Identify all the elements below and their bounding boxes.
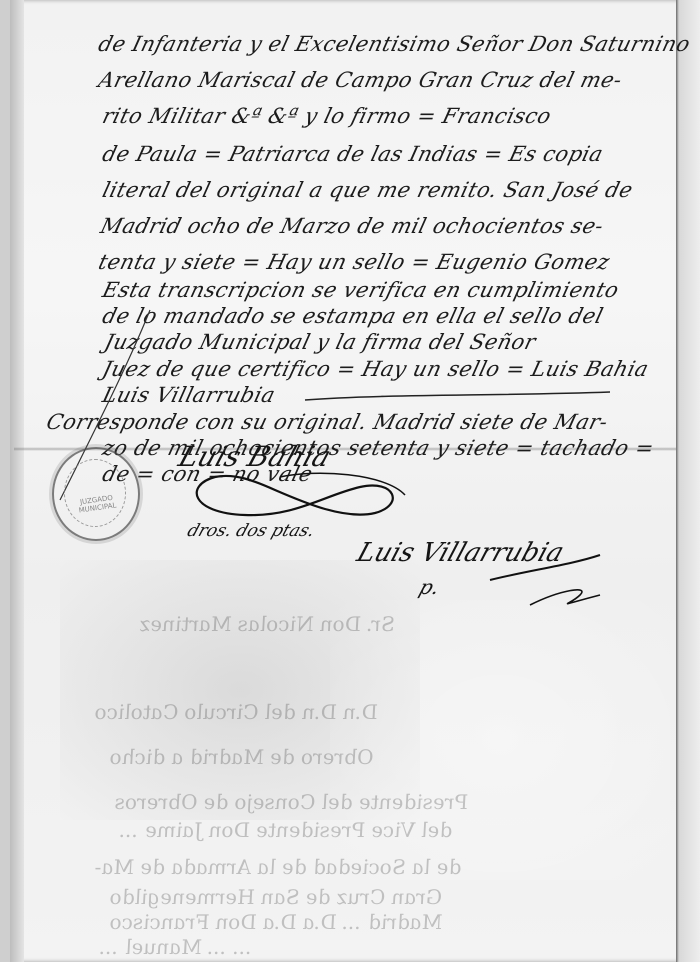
manuscript-line: rito Militar &ª &ª y lo firmo = Francisc…	[100, 104, 554, 128]
fee-note: dros. dos ptas.	[185, 521, 317, 541]
seal-text: JUZGADO MUNICIPAL	[64, 492, 130, 517]
official-seal-stamp: JUZGADO MUNICIPAL	[52, 447, 140, 541]
manuscript-line: de lo mandado se estampa en ella el sell…	[100, 304, 606, 328]
signature-rubric-flourish	[185, 465, 415, 525]
manuscript-line: Madrid ocho de Marzo de mil ochocientos …	[98, 214, 606, 238]
manuscript-line: Esta transcripcion se verifica en cumpli…	[100, 278, 621, 302]
seal-inner-ring: JUZGADO MUNICIPAL	[64, 459, 126, 527]
manuscript-line: Arellano Mariscal de Campo Gran Cruz del…	[96, 68, 625, 92]
manuscript-line: tenta y siete = Hay un sello = Eugenio G…	[96, 250, 612, 274]
manuscript-line: Juez de que certifico = Hay un sello = L…	[100, 357, 651, 381]
manuscript-line: de Paula = Patriarca de las Indias = Es …	[100, 142, 606, 166]
manuscript-line: Juzgado Municipal y la firma del Señor	[102, 330, 538, 354]
second-signature-rubric	[470, 550, 610, 610]
manuscript-line: de Infanteria y el Excelentisimo Señor D…	[96, 32, 693, 56]
page-left-margin	[10, 0, 24, 962]
page-right-edge	[676, 0, 700, 962]
underline-stroke	[300, 380, 620, 410]
manuscript-line: literal del original a que me remito. Sa…	[100, 178, 635, 202]
